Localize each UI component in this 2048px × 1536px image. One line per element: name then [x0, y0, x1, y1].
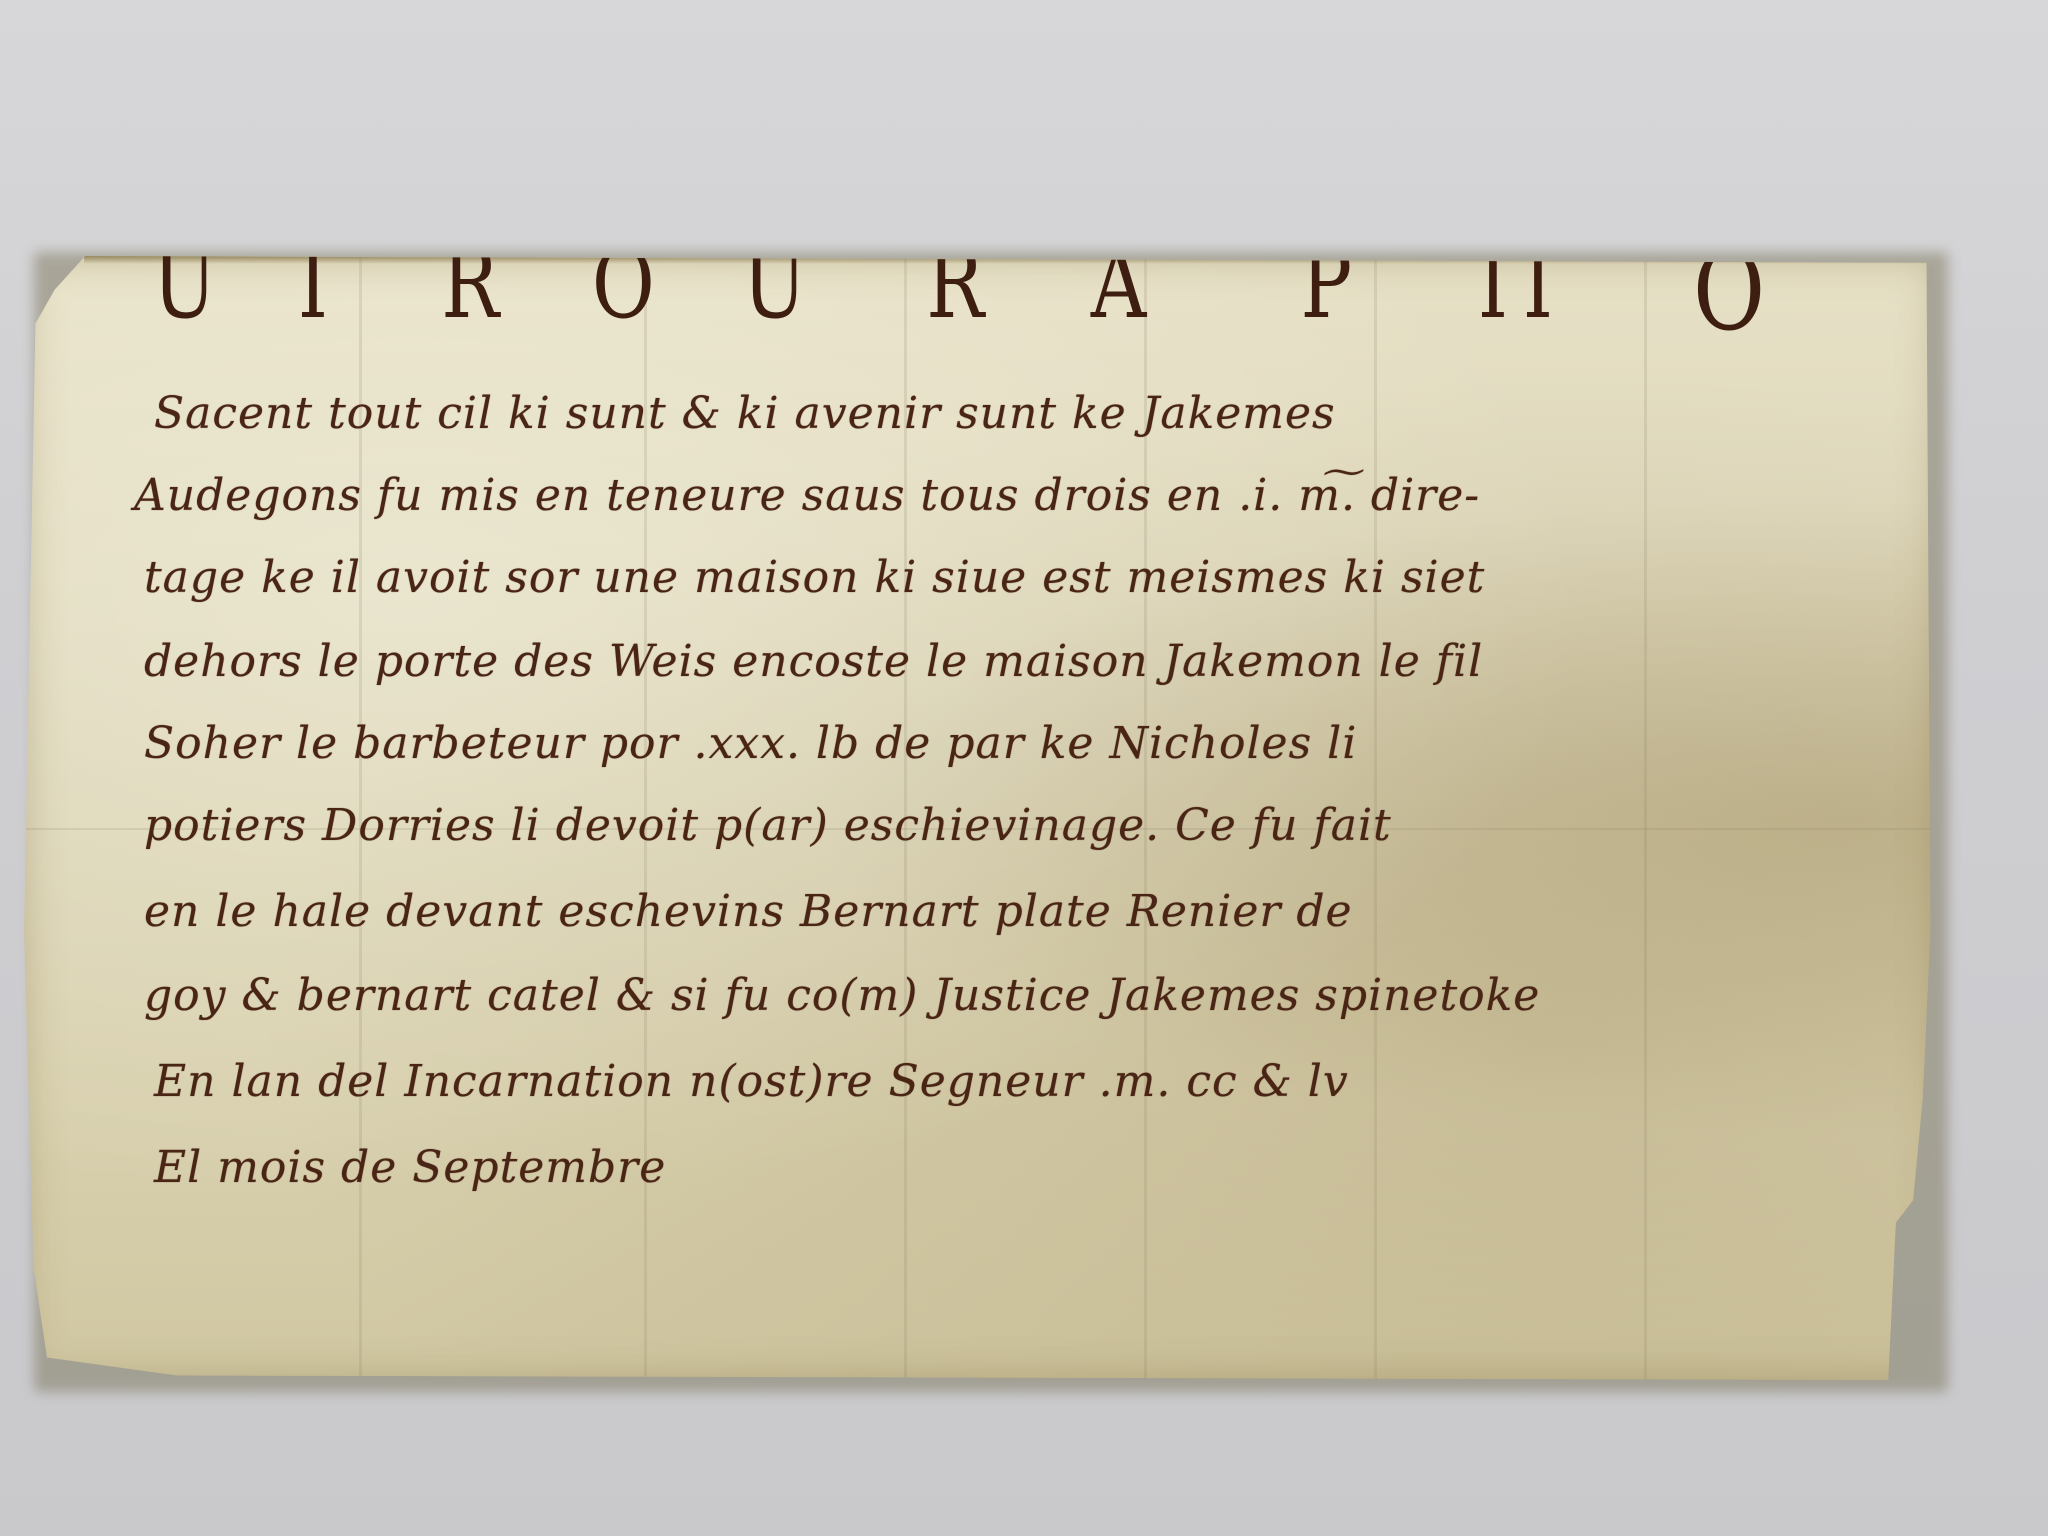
- chirograph-letter: O: [592, 236, 655, 332]
- charter-line-6: potiers Dorries li devoit p(ar) eschievi…: [144, 800, 1392, 851]
- chirograph-letter: R: [926, 236, 984, 332]
- chirograph-letter: I: [1478, 236, 1508, 332]
- charter-line-3: tage ke il avoit sor une maison ki siue …: [144, 552, 1485, 603]
- chirograph-letter: R: [441, 236, 499, 332]
- chirograph-cut-letters: U I R O U R A P I I O: [24, 256, 1938, 356]
- charter-line-10: El mois de Septembre: [154, 1142, 666, 1193]
- charter-line-5: Soher le barbeteur por .xxx. lb de par k…: [144, 718, 1357, 769]
- charter-line-4: dehors le porte des Weis encoste le mais…: [144, 636, 1483, 687]
- chirograph-letter: I: [1523, 236, 1553, 332]
- chirograph-letter: U: [152, 236, 217, 332]
- fold-line: [1644, 256, 1647, 1380]
- charter-line-7: en le hale devant eschevins Bernart plat…: [144, 886, 1353, 937]
- parchment-sheet: U I R O U R A P I I O Sacent tout cil ki…: [24, 256, 1938, 1380]
- chirograph-letter: P: [1300, 236, 1352, 332]
- chirograph-letter: U: [742, 236, 807, 332]
- chirograph-letter: A: [1091, 236, 1146, 332]
- chirograph-letter: I: [298, 236, 328, 332]
- charter-line-8: goy & bernart catel & si fu co(m) Justic…: [144, 970, 1540, 1021]
- charter-line-9: En lan del Incarnation n(ost)re Segneur …: [154, 1056, 1349, 1107]
- charter-line-2: Audegons fu mis en teneure saus tous dro…: [134, 470, 1480, 521]
- charter-line-1: Sacent tout cil ki sunt & ki avenir sunt…: [154, 388, 1336, 439]
